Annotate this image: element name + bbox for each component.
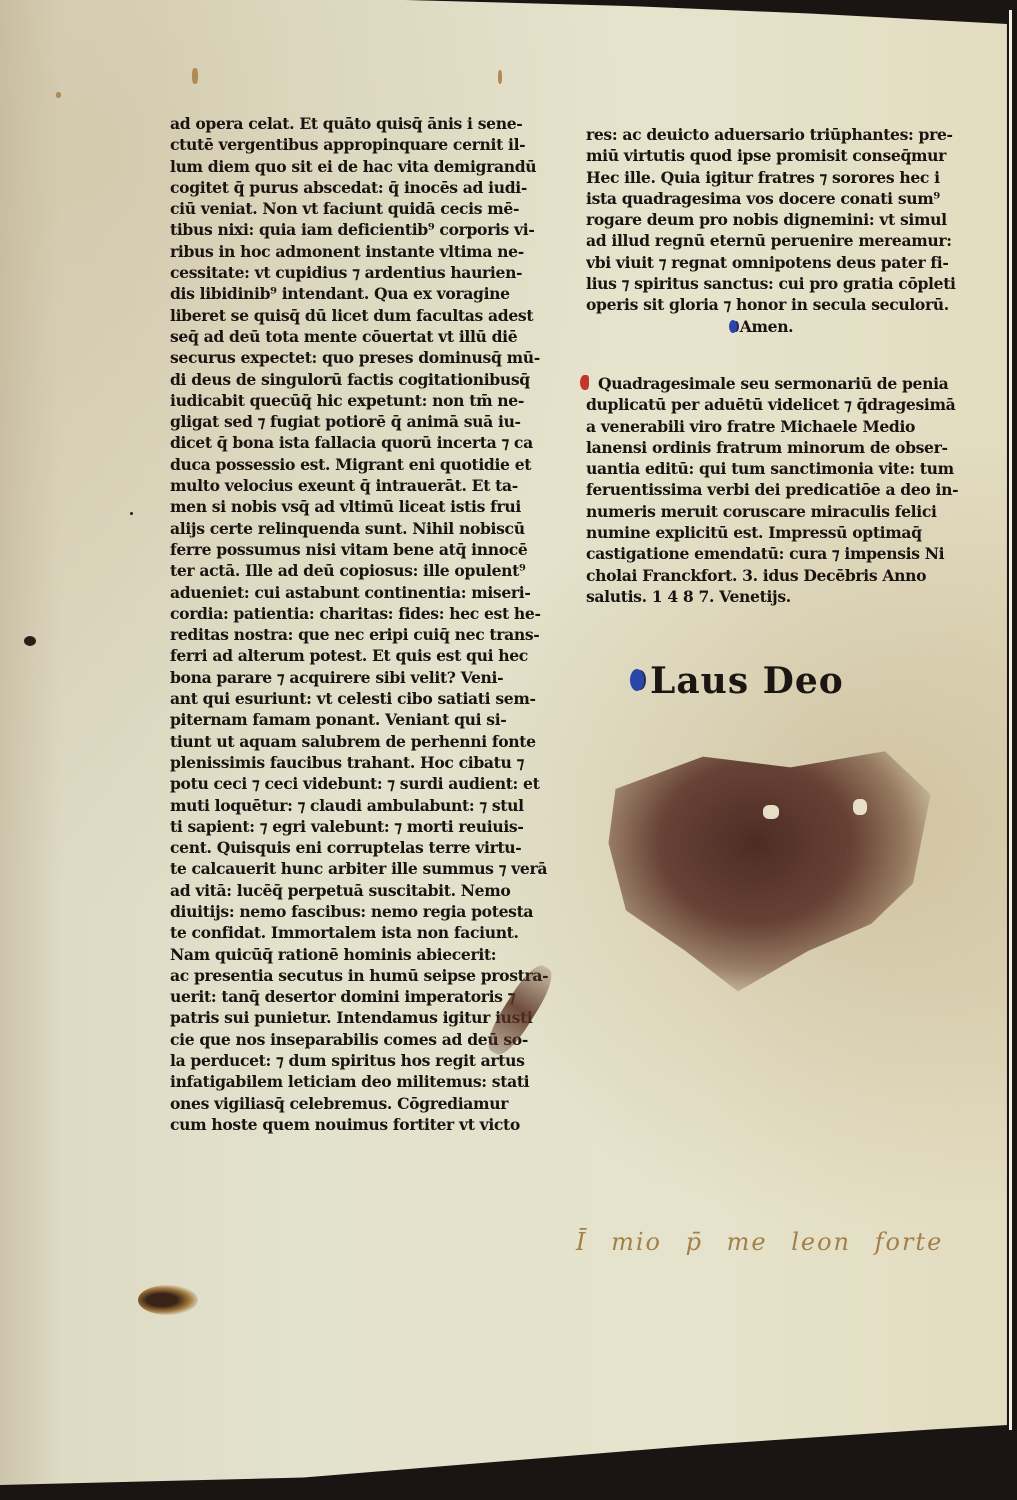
text-line: adueniet: cui astabunt continentia: mise… [170, 582, 555, 603]
text-line: Hec ille. Quia igitur fratres ⁊ sorores … [586, 167, 966, 188]
text-line: te calcauerit hunc arbiter ille summus ⁊… [170, 858, 555, 879]
text-line: tiunt ut aquam salubrem de perhenni font… [170, 731, 555, 752]
text-line: di deus de singulorū factis cogitationib… [170, 369, 555, 390]
ink-dot [130, 512, 133, 515]
text-line: vbi viuit ⁊ regnat omnipotens deus pater… [586, 252, 966, 273]
text-line: tibus nixi: quia iam deficientib⁹ corpor… [170, 219, 555, 240]
text-column-right: res: ac deuicto aduersario triūphantes: … [586, 124, 966, 337]
foxing-mark [192, 68, 198, 84]
text-line: dicet q̄ bona ista fallacia quorū incert… [170, 432, 555, 453]
colophon-line: feruentissima verbi dei predicatiōe a de… [586, 479, 966, 500]
laus-deo-text: Laus Deo [650, 660, 844, 702]
text-line: piternam famam ponant. Veniant qui si- [170, 709, 555, 730]
text-line: ctutē vergentibus appropinquare cernit i… [170, 134, 555, 155]
text-line: operis sit gloria ⁊ honor in secula secu… [586, 294, 966, 315]
laus-deo-heading: Laus Deo [630, 660, 844, 702]
text-line: ista quadragesima vos docere conati sum⁹ [586, 188, 966, 209]
blue-paragraph-mark-icon [630, 669, 644, 691]
text-line: cessitate: vt cupidius ⁊ ardentius hauri… [170, 262, 555, 283]
blue-paragraph-mark-icon [729, 320, 737, 333]
text-line: men si nobis vsq̄ ad vltimū liceat istis… [170, 496, 555, 517]
colophon-line: numeris meruit coruscare miraculis felic… [586, 501, 966, 522]
foxing-mark [498, 70, 502, 84]
text-line: ad illud regnū eternū peruenire mereamur… [586, 230, 966, 251]
text-line: lius ⁊ spiritus sanctus: cui pro gratia … [586, 273, 966, 294]
text-line: muti loquētur: ⁊ claudi ambulabunt: ⁊ st… [170, 795, 555, 816]
text-line: duca possessio est. Migrant eni quotidie… [170, 454, 555, 475]
colophon-line: castigatione emendatū: cura ⁊ impensis N… [586, 543, 966, 564]
colophon-line: lanensi ordinis fratrum minorum de obser… [586, 437, 966, 458]
foxing-mark [56, 92, 61, 98]
text-line: rogare deum pro nobis dignemini: vt simu… [586, 209, 966, 230]
text-line: ribus in hoc admonent instante vltima ne… [170, 241, 555, 262]
colophon-line: cholai Franckfort. 3. idus Decēbris Anno [586, 565, 966, 586]
colophon-line: a venerabili viro fratre Michaele Medio [586, 416, 966, 437]
marginal-handwriting: Ī mio p̄ me leon forte [576, 1228, 943, 1256]
text-line: reditas nostra: que nec eripi cuiq̄ nec … [170, 624, 555, 645]
page-edge [1009, 10, 1012, 1430]
text-line: ant qui esuriunt: vt celesti cibo satiat… [170, 688, 555, 709]
colophon-line: numine explicitū est. Impressū optimaq̄ [586, 522, 966, 543]
text-line: te confidat. Immortalem ista non faciunt… [170, 922, 555, 943]
text-line: multo velocius exeunt q̄ intrauerāt. Et … [170, 475, 555, 496]
text-line: ac presentia secutus in humū seipse pros… [170, 965, 555, 986]
text-line: securus expectet: quo preses dominusq̄ m… [170, 347, 555, 368]
amen-line: Amen. [586, 316, 966, 337]
text-line: infatigabilem leticiam deo militemus: st… [170, 1071, 555, 1092]
text-line: cordia: patientia: charitas: fides: hec … [170, 603, 555, 624]
text-line: iudicabit quecūq̄ hic expetunt: non tm̄ … [170, 390, 555, 411]
text-line: miū virtutis quod ipse promisit conseq̄m… [586, 145, 966, 166]
stain-hole [763, 805, 779, 819]
text-line: bona parare ⁊ acquirere sibi velit? Veni… [170, 667, 555, 688]
text-line: cum hoste quem nouimus fortiter vt victo [170, 1114, 555, 1135]
text-line: ciū veniat. Non vt faciunt quidā cecis m… [170, 198, 555, 219]
text-line: ti sapient: ⁊ egri valebunt: ⁊ morti reu… [170, 816, 555, 837]
text-line: res: ac deuicto aduersario triūphantes: … [586, 124, 966, 145]
damage-spot [138, 1285, 198, 1315]
colophon: Quadragesimale seu sermonariū de penia d… [586, 373, 966, 607]
text-line: gligat sed ⁊ fugiat potiorē q̄ animā suā… [170, 411, 555, 432]
text-line: liberet se quisq̄ dū licet dum facultas … [170, 305, 555, 326]
text-column-left: ad opera celat. Et quāto quisq̄ ānis i s… [170, 113, 555, 1135]
text-line: ad vitā: lucēq̄ perpetuā suscitabit. Nem… [170, 880, 555, 901]
colophon-line: duplicatū per aduētū videlicet ⁊ q̄drage… [586, 394, 966, 415]
text-line: Nam quicūq̄ rationē hominis abiecerit: [170, 944, 555, 965]
text-line: dis libidinib⁹ intendant. Qua ex voragin… [170, 283, 555, 304]
text-line: ferre possumus nisi vitam bene atq̄ inno… [170, 539, 555, 560]
text-line: lum diem quo sit ei de hac vita demigran… [170, 156, 555, 177]
colophon-line: salutis. 1 4 8 7. Venetijs. [586, 586, 966, 607]
stain-hole [853, 799, 867, 815]
text-line: ferri ad alterum potest. Et quis est qui… [170, 645, 555, 666]
text-line: uerit: tanq̄ desertor domini imperatoris… [170, 986, 555, 1007]
text-line: seq̄ ad deū tota mente cōuertat vt illū … [170, 326, 555, 347]
red-paragraph-mark-icon [580, 375, 589, 390]
amen-text: Amen. [740, 317, 794, 336]
text-line: potu ceci ⁊ ceci videbunt: ⁊ surdi audie… [170, 773, 555, 794]
text-line: ones vigiliasq̄ celebremus. Cōgrediamur [170, 1093, 555, 1114]
text-line: diuitijs: nemo fascibus: nemo regia pote… [170, 901, 555, 922]
text-line: cent. Quisquis eni corruptelas terre vir… [170, 837, 555, 858]
text-line: ad opera celat. Et quāto quisq̄ ānis i s… [170, 113, 555, 134]
colophon-line: uantia editū: qui tum sanctimonia vite: … [586, 458, 966, 479]
text-line: ter actā. Ille ad deū copiosus: ille opu… [170, 560, 555, 581]
ink-dot [24, 636, 36, 646]
colophon-line: Quadragesimale seu sermonariū de penia [586, 373, 966, 394]
text-line: alijs certe relinquenda sunt. Nihil nobi… [170, 518, 555, 539]
text-line: cogitet q̄ purus abscedat: q̄ inocēs ad … [170, 177, 555, 198]
text-line: plenissimis faucibus trahant. Hoc cibatu… [170, 752, 555, 773]
